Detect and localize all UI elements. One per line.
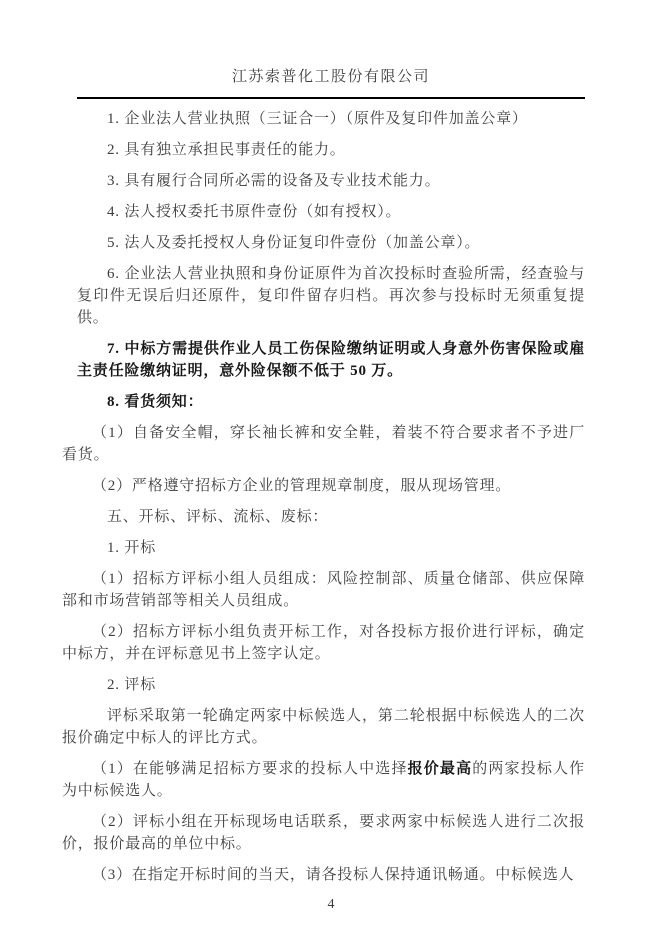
requirement-item-1: 1. 企业法人营业执照（三证合一）（原件及复印件加盖公章） [77, 108, 585, 130]
open-bid-item-2-text: （2）招标方评标小组负责开标工作，对各投标方报价进行评标，确定中标方，并在评标意… [62, 624, 585, 662]
evaluation-intro: 评标采取第一轮确定两家中标候选人，第二轮根据中标候选人的二次报价确定中标人的评比… [62, 705, 585, 749]
evaluation-item-3-text: （3）在指定开标时间的当天，请各投标人保持通讯畅通。中标候选人 [92, 867, 574, 883]
evaluation-item-1-pre: （1）在能够满足招标方要求的投标人中选择 [92, 761, 408, 777]
subsection-evaluation: 2. 评标 [77, 674, 585, 696]
subsection-open-bid-text: 1. 开标 [107, 540, 156, 556]
open-bid-item-2: （2）招标方评标小组负责开标工作，对各投标方报价进行评标，确定中标方，并在评标意… [62, 621, 585, 665]
requirement-item-6-text: 6. 企业法人营业执照和身份证原件为首次投标时查验所需，经查验与复印件无误后归还… [77, 266, 585, 326]
open-bid-item-1: （1）招标方评标小组人员组成：风险控制部、质量仓储部、供应保障部和市场营销部等相… [62, 568, 585, 612]
page-header: 江苏索普化工股份有限公司 [77, 0, 585, 99]
company-name: 江苏索普化工股份有限公司 [232, 69, 430, 85]
requirement-item-4: 4. 法人授权委托书原件壹份（如有授权）。 [77, 201, 585, 223]
inspection-note-2: （2）严格遵守招标方企业的管理规章制度，服从现场管理。 [62, 475, 585, 497]
page-footer: 4 [77, 895, 585, 915]
document-body: 1. 企业法人营业执照（三证合一）（原件及复印件加盖公章） 2. 具有独立承担民… [77, 108, 585, 886]
requirement-item-7-text: 7. 中标方需提供作业人员工伤保险缴纳证明或人身意外伤害保险或雇主责任险缴纳证明… [77, 341, 585, 379]
inspection-note-1-text: （1）自备安全帽，穿长袖长裤和安全鞋，着装不符合要求者不予进厂看货。 [62, 425, 585, 463]
heading-inspection-notice: 8. 看货须知： [77, 391, 585, 413]
requirement-item-5-text: 5. 法人及委托授权人身份证复印件壹份（加盖公章）。 [107, 235, 480, 251]
page-number: 4 [328, 897, 335, 912]
evaluation-item-3: （3）在指定开标时间的当天，请各投标人保持通讯畅通。中标候选人 [62, 864, 585, 886]
section-heading-bid-opening: 五、开标、评标、流标、废标： [77, 506, 585, 528]
inspection-note-1: （1）自备安全帽，穿长袖长裤和安全鞋，着装不符合要求者不予进厂看货。 [62, 422, 585, 466]
document-page: 江苏索普化工股份有限公司 1. 企业法人营业执照（三证合一）（原件及复印件加盖公… [0, 0, 662, 936]
open-bid-item-1-text: （1）招标方评标小组人员组成：风险控制部、质量仓储部、供应保障部和市场营销部等相… [62, 571, 585, 609]
heading-inspection-notice-text: 8. 看货须知： [107, 394, 203, 410]
evaluation-item-2: （2）评标小组在开标现场电话联系，要求两家中标候选人进行二次报价，报价最高的单位… [62, 811, 585, 855]
requirement-item-6: 6. 企业法人营业执照和身份证原件为首次投标时查验所需，经查验与复印件无误后归还… [77, 263, 585, 329]
requirement-item-3-text: 3. 具有履行合同所必需的设备及专业技术能力。 [107, 173, 440, 189]
subsection-open-bid: 1. 开标 [77, 537, 585, 559]
evaluation-item-1: （1）在能够满足招标方要求的投标人中选择报价最高的两家投标人作为中标候选人。 [62, 758, 585, 802]
evaluation-item-1-highlight: 报价最高 [408, 761, 473, 777]
evaluation-intro-text: 评标采取第一轮确定两家中标候选人，第二轮根据中标候选人的二次报价确定中标人的评比… [62, 708, 585, 746]
requirement-item-2: 2. 具有独立承担民事责任的能力。 [77, 139, 585, 161]
requirement-item-2-text: 2. 具有独立承担民事责任的能力。 [107, 142, 346, 158]
requirement-item-4-text: 4. 法人授权委托书原件壹份（如有授权）。 [107, 204, 401, 220]
subsection-evaluation-text: 2. 评标 [107, 677, 156, 693]
inspection-note-2-text: （2）严格遵守招标方企业的管理规章制度，服从现场管理。 [92, 478, 511, 494]
requirement-item-5: 5. 法人及委托授权人身份证复印件壹份（加盖公章）。 [77, 232, 585, 254]
requirement-item-1-text: 1. 企业法人营业执照（三证合一）（原件及复印件加盖公章） [107, 111, 528, 127]
requirement-item-7: 7. 中标方需提供作业人员工伤保险缴纳证明或人身意外伤害保险或雇主责任险缴纳证明… [77, 338, 585, 382]
requirement-item-3: 3. 具有履行合同所必需的设备及专业技术能力。 [77, 170, 585, 192]
evaluation-item-2-text: （2）评标小组在开标现场电话联系，要求两家中标候选人进行二次报价，报价最高的单位… [62, 814, 585, 852]
section-heading-bid-opening-text: 五、开标、评标、流标、废标： [107, 509, 328, 525]
